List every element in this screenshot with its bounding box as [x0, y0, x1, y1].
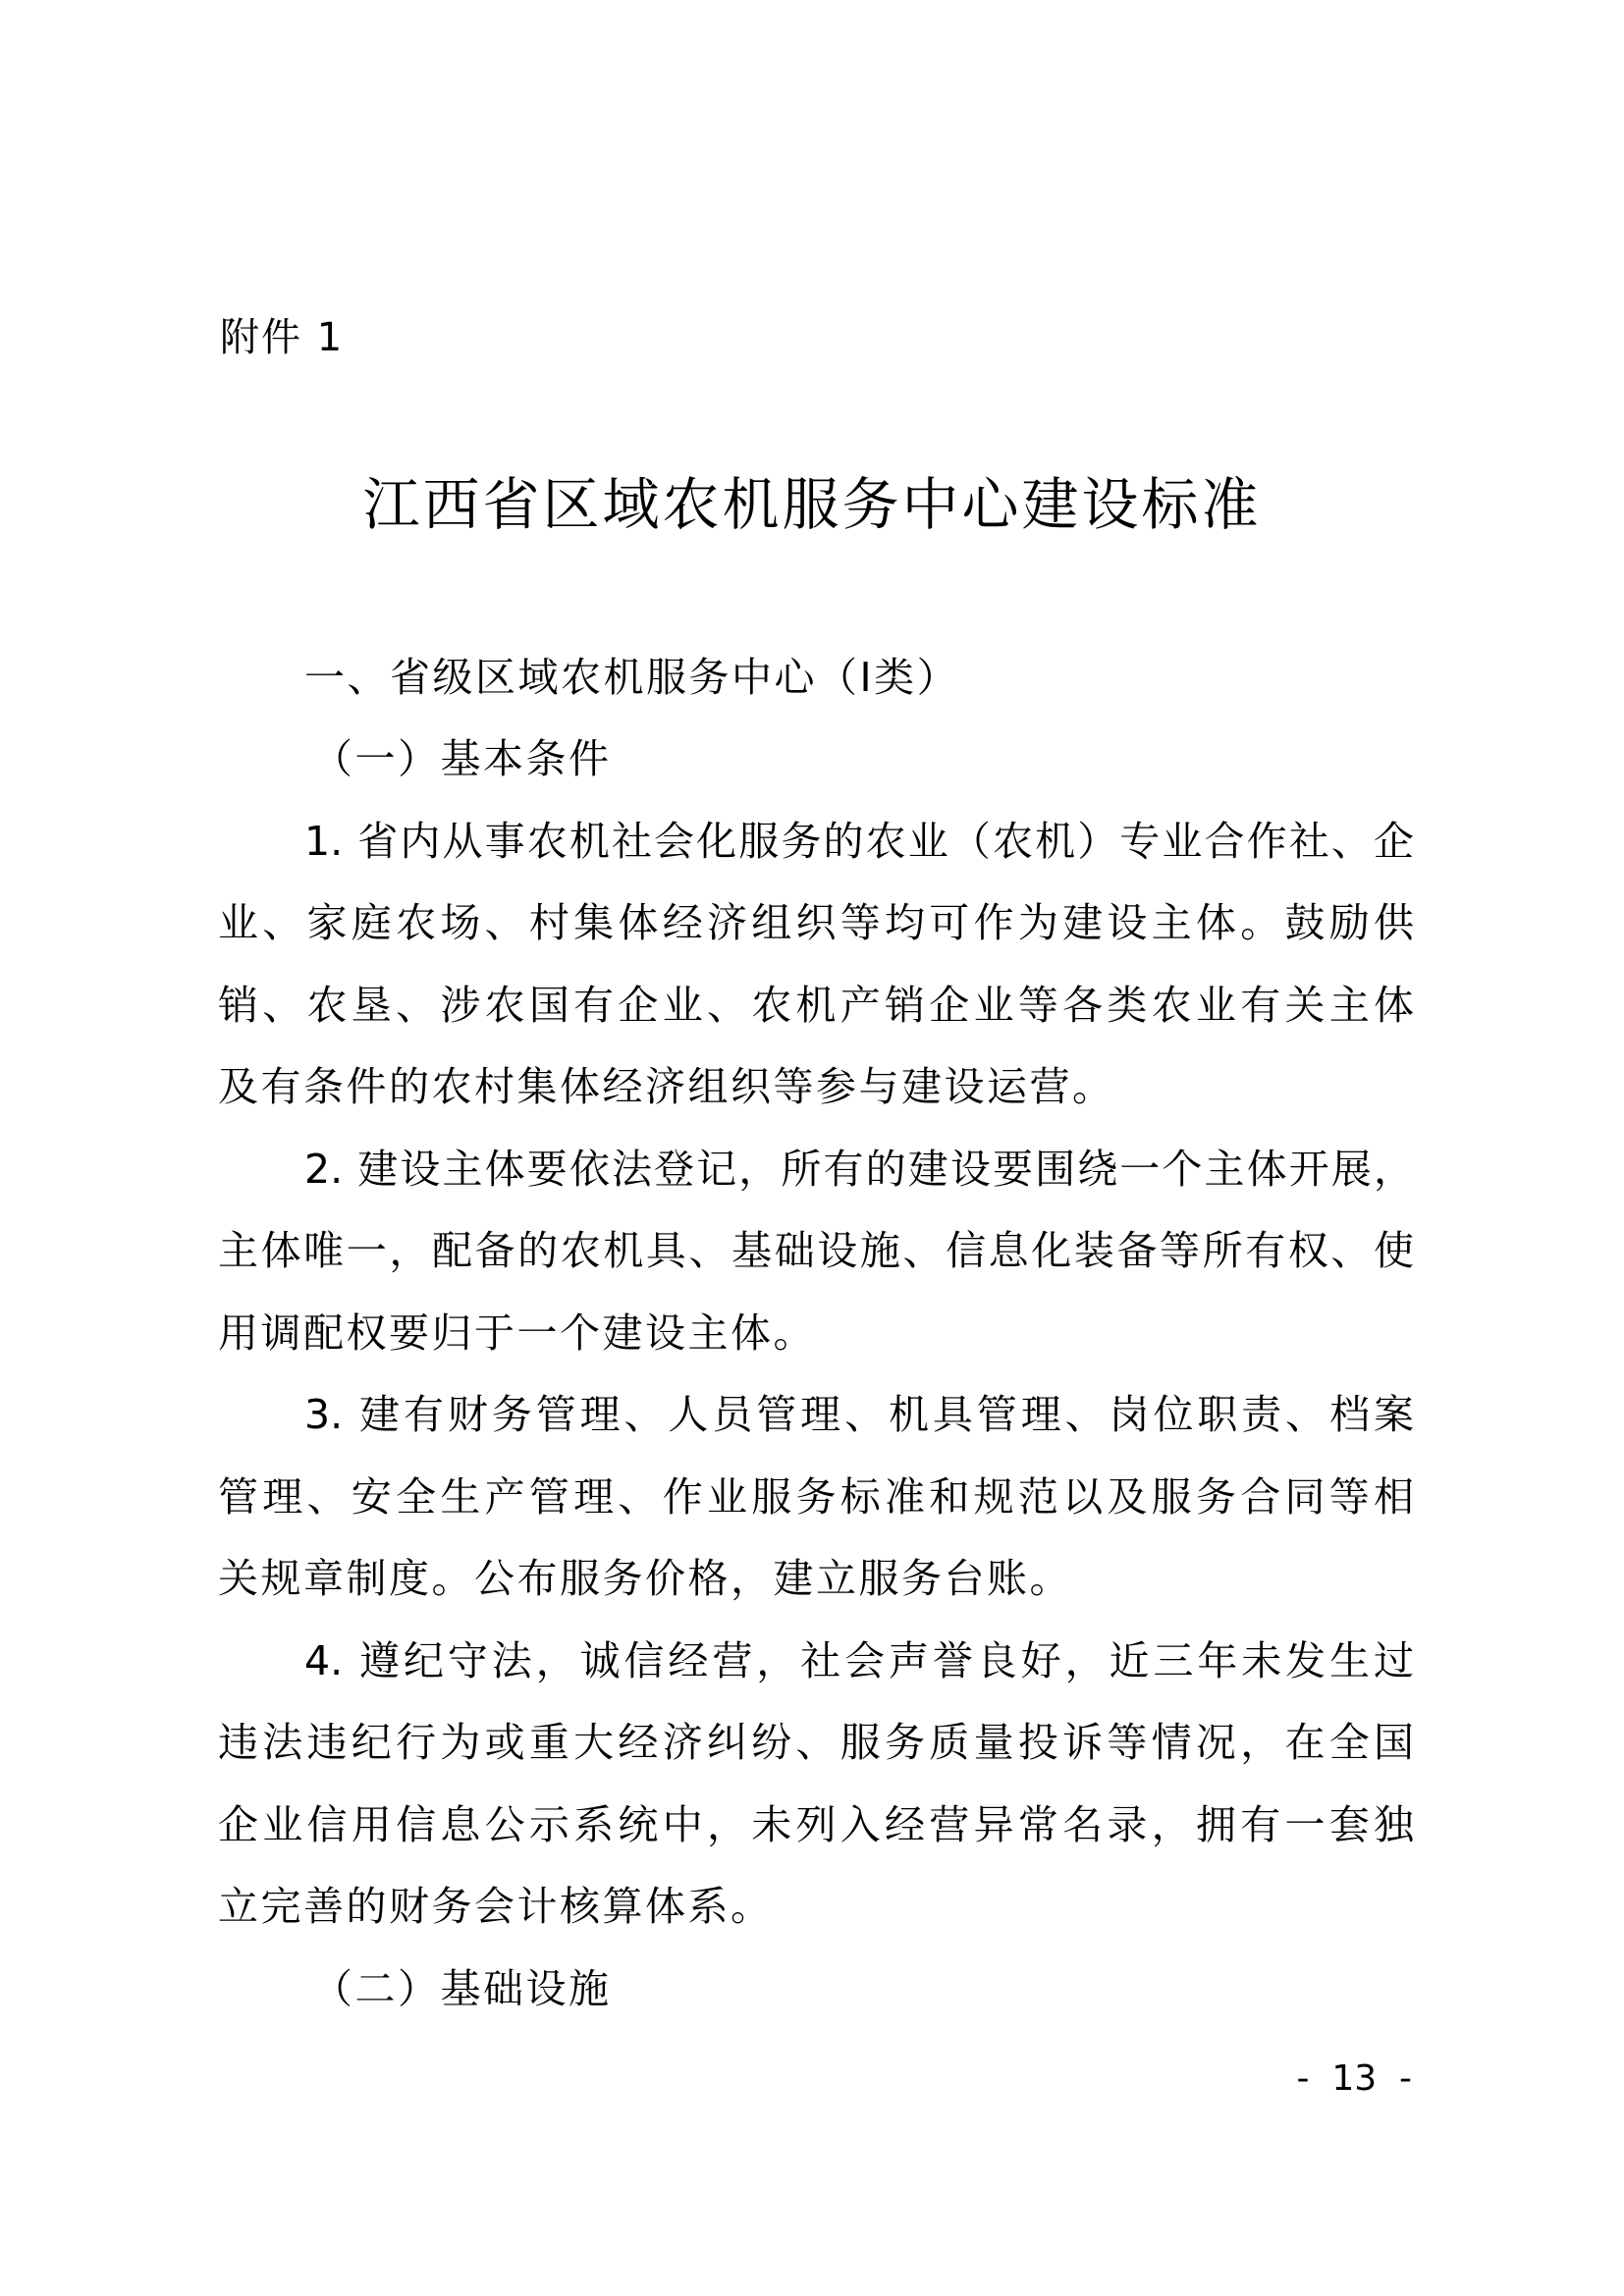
paragraph-line: 业、家庭农场、村集体经济组织等均可作为建设主体。鼓励供: [218, 893, 1414, 952]
paragraph-line: 2. 建设主体要依法登记，所有的建设要围绕一个主体开展，: [218, 1140, 1414, 1199]
paragraph-line: 立完善的财务会计核算体系。: [218, 1877, 1414, 1936]
paragraph-line: 3. 建有财务管理、人员管理、机具管理、岗位职责、档案: [218, 1385, 1414, 1444]
document-page: 附件 1 江西省区域农机服务中心建设标准 一、省级区域农机服务中心（Ⅰ类） （一…: [0, 0, 1624, 2296]
paragraph-line: 主体唯一，配备的农机具、基础设施、信息化装备等所有权、使: [218, 1221, 1414, 1280]
paragraph-line: 4. 遵纪守法，诚信经营，社会声誉良好，近三年未发生过: [218, 1631, 1414, 1690]
paragraph-line: 管理、安全生产管理、作业服务标准和规范以及服务合同等相: [218, 1468, 1414, 1526]
paragraph-line: 违法违纪行为或重大经济纠纷、服务质量投诉等情况，在全国: [218, 1713, 1414, 1772]
paragraph-line: 关规章制度。公布服务价格，建立服务台账。: [218, 1549, 1414, 1608]
paragraph-line: 及有条件的农村集体经济组织等参与建设运营。: [218, 1057, 1414, 1116]
paragraph-line: 1. 省内从事农机社会化服务的农业（农机）专业合作社、企: [218, 812, 1414, 871]
subsection-heading-infrastructure: （二）基础设施: [218, 1959, 1414, 2018]
section-heading: 一、省级区域农机服务中心（Ⅰ类）: [218, 648, 1414, 707]
paragraph-line: 用调配权要归于一个建设主体。: [218, 1304, 1414, 1362]
attachment-label: 附件 1: [220, 312, 344, 363]
page-number: - 13 -: [1294, 2059, 1412, 2099]
document-title: 江西省区域农机服务中心建设标准: [0, 469, 1624, 540]
subsection-heading-basic-conditions: （一）基本条件: [218, 729, 1414, 788]
paragraph-line: 企业信用信息公示系统中，未列入经营异常名录，拥有一套独: [218, 1795, 1414, 1854]
paragraph-line: 销、农垦、涉农国有企业、农机产销企业等各类农业有关主体: [218, 976, 1414, 1035]
